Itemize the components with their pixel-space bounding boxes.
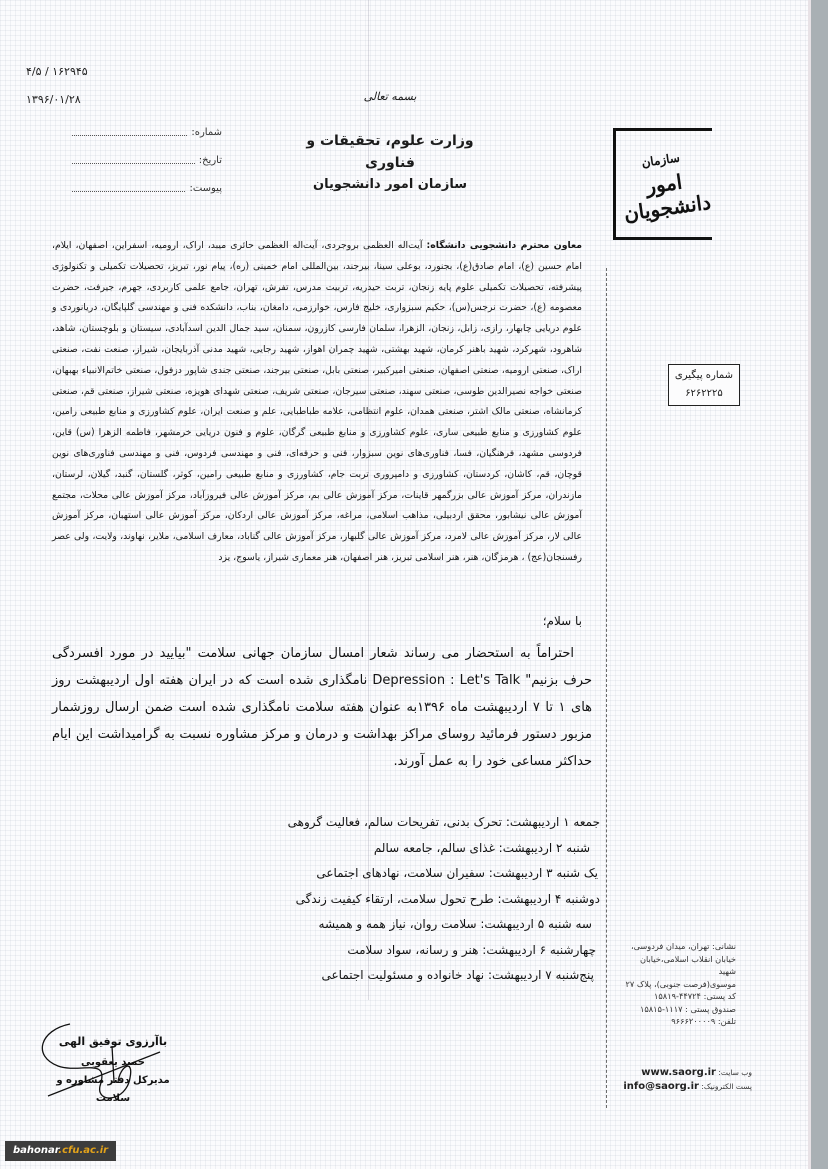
- health-week-schedule: جمعه ۱ اردیبهشت: تحرک بدنی، تفریحات سالم…: [300, 810, 600, 989]
- watermark-part-1: bahonar: [13, 1145, 58, 1156]
- date-field: تاریخ:: [72, 146, 222, 174]
- organization-name: سازمان امور دانشجویان: [290, 174, 490, 196]
- phone-label: تلفن:: [718, 1016, 736, 1026]
- address-line-2: خیابان انقلاب اسلامی،خیابان شهید: [622, 953, 736, 978]
- letter-body: احتراماً به استحضار می رساند شعار امسال …: [52, 640, 592, 775]
- attachment-field-label: پیوست:: [189, 183, 222, 194]
- contact-block: وب سایت: www.saorg.ir پست الکترونیک: inf…: [622, 1066, 752, 1094]
- attachment-field: پیوست:: [72, 174, 222, 202]
- postal-code-label: کد پستی:: [704, 991, 736, 1001]
- recipients-list: آیت‌اله العظمی بروجردی، آیت‌اله العظمی ح…: [52, 240, 582, 563]
- signer-title: مدیرکل دفتر مشاوره و سلامت: [38, 1072, 188, 1108]
- schedule-day-4: دوشنبه ۴ اردیبهشت: طرح تحول سلامت، ارتقا…: [300, 887, 600, 913]
- watermark-part-2: .cfu.ac.ir: [58, 1145, 108, 1156]
- email-row: پست الکترونیک: info@saorg.ir: [622, 1080, 752, 1094]
- phone-row: تلفن: ۹۶۶۶۲۰۰۰۰۹: [622, 1015, 736, 1028]
- greeting: با سلام؛: [52, 614, 582, 628]
- tracking-label: شماره پیگیری: [669, 367, 739, 385]
- postal-code-row: کد پستی: ۱۵۸۱۹-۴۴۷۲۴: [622, 990, 736, 1003]
- signer-name: حمید یعقوبی: [38, 1054, 188, 1072]
- basmala: بسمه تعالی: [360, 90, 420, 103]
- schedule-day-5: سه شنبه ۵ اردیبهشت: سلامت روان، نیاز همه…: [300, 912, 600, 938]
- recipients-lead: معاون محترم دانشجویی دانشگاه:: [427, 240, 582, 251]
- address-block: نشانی: تهران، میدان فردوسی، خیابان انقلا…: [622, 940, 736, 1028]
- letter-form-fields: شماره: تاریخ: پیوست:: [72, 118, 222, 202]
- email-link[interactable]: info@saorg.ir: [623, 1081, 699, 1092]
- number-field-line: [72, 128, 187, 136]
- letterhead: وزارت علوم، تحقیقات و فناوری سازمان امور…: [290, 130, 490, 196]
- date-field-line: [72, 156, 195, 164]
- scan-edge: [808, 0, 828, 1169]
- sidebar-divider: [606, 268, 607, 1108]
- reference-date: ۱۳۹۶/۰۱/۲۸: [26, 86, 88, 114]
- postal-code: ۱۵۸۱۹-۴۴۷۲۴: [654, 991, 701, 1001]
- tracking-number: ۶۲۶۲۲۲۵: [669, 385, 739, 403]
- watermark-badge: bahonar.cfu.ac.ir: [5, 1141, 116, 1161]
- schedule-day-7: پنج‌شنبه ۷ اردیبهشت: نهاد خانواده و مسئو…: [300, 963, 600, 989]
- signature-block: باآرزوی توفیق الهی حمید یعقوبی مدیرکل دف…: [38, 1030, 188, 1108]
- date-field-label: تاریخ:: [199, 155, 222, 166]
- schedule-day-2: شنبه ۲ اردیبهشت: غذای سالم، جامعه سالم: [300, 836, 600, 862]
- attachment-field-line: [72, 184, 185, 192]
- ministry-name: وزارت علوم، تحقیقات و فناوری: [290, 130, 490, 174]
- website-row: وب سایت: www.saorg.ir: [622, 1066, 752, 1080]
- schedule-day-6: چهارشنبه ۶ اردیبهشت: هنر و رسانه، سواد س…: [300, 938, 600, 964]
- pobox-row: صندوق پستی : ۱۵۸۱۵-۱۱۱۷: [622, 1003, 736, 1016]
- reference-block: ۴/۵ / ۱۶۲۹۴۵ ۱۳۹۶/۰۱/۲۸: [26, 58, 88, 114]
- website-link[interactable]: www.saorg.ir: [641, 1067, 716, 1078]
- website-label: وب سایت:: [718, 1068, 752, 1077]
- email-label: پست الکترونیک:: [701, 1082, 752, 1091]
- reference-number: ۴/۵ / ۱۶۲۹۴۵: [26, 58, 88, 86]
- body-english-slogan: Depression : Let's Talk: [372, 673, 520, 688]
- tracking-number-box: شماره پیگیری ۶۲۶۲۲۲۵: [668, 364, 740, 406]
- schedule-day-1: جمعه ۱ اردیبهشت: تحرک بدنی، تفریحات سالم…: [300, 810, 600, 836]
- signature-closing: باآرزوی توفیق الهی: [38, 1030, 188, 1054]
- phone-number: ۹۶۶۶۲۰۰۰۰۹: [671, 1016, 715, 1026]
- schedule-day-3: یک شنبه ۳ اردیبهشت: سفیران سلامت، نهادها…: [300, 861, 600, 887]
- recipients-paragraph: معاون محترم دانشجویی دانشگاه: آیت‌اله ال…: [52, 236, 582, 569]
- address-line-1: نشانی: تهران، میدان فردوسی،: [622, 940, 736, 953]
- saorg-logo-icon: سازمان امور دانشجویان: [613, 128, 712, 240]
- pobox-label: صندوق پستی :: [685, 1004, 736, 1014]
- number-field-label: شماره:: [191, 127, 222, 138]
- address-line-3: موسوی(فرصت جنوبی)، پلاک ۲۷: [622, 978, 736, 991]
- number-field: شماره:: [72, 118, 222, 146]
- pobox-number: ۱۵۸۱۵-۱۱۱۷: [640, 1004, 683, 1014]
